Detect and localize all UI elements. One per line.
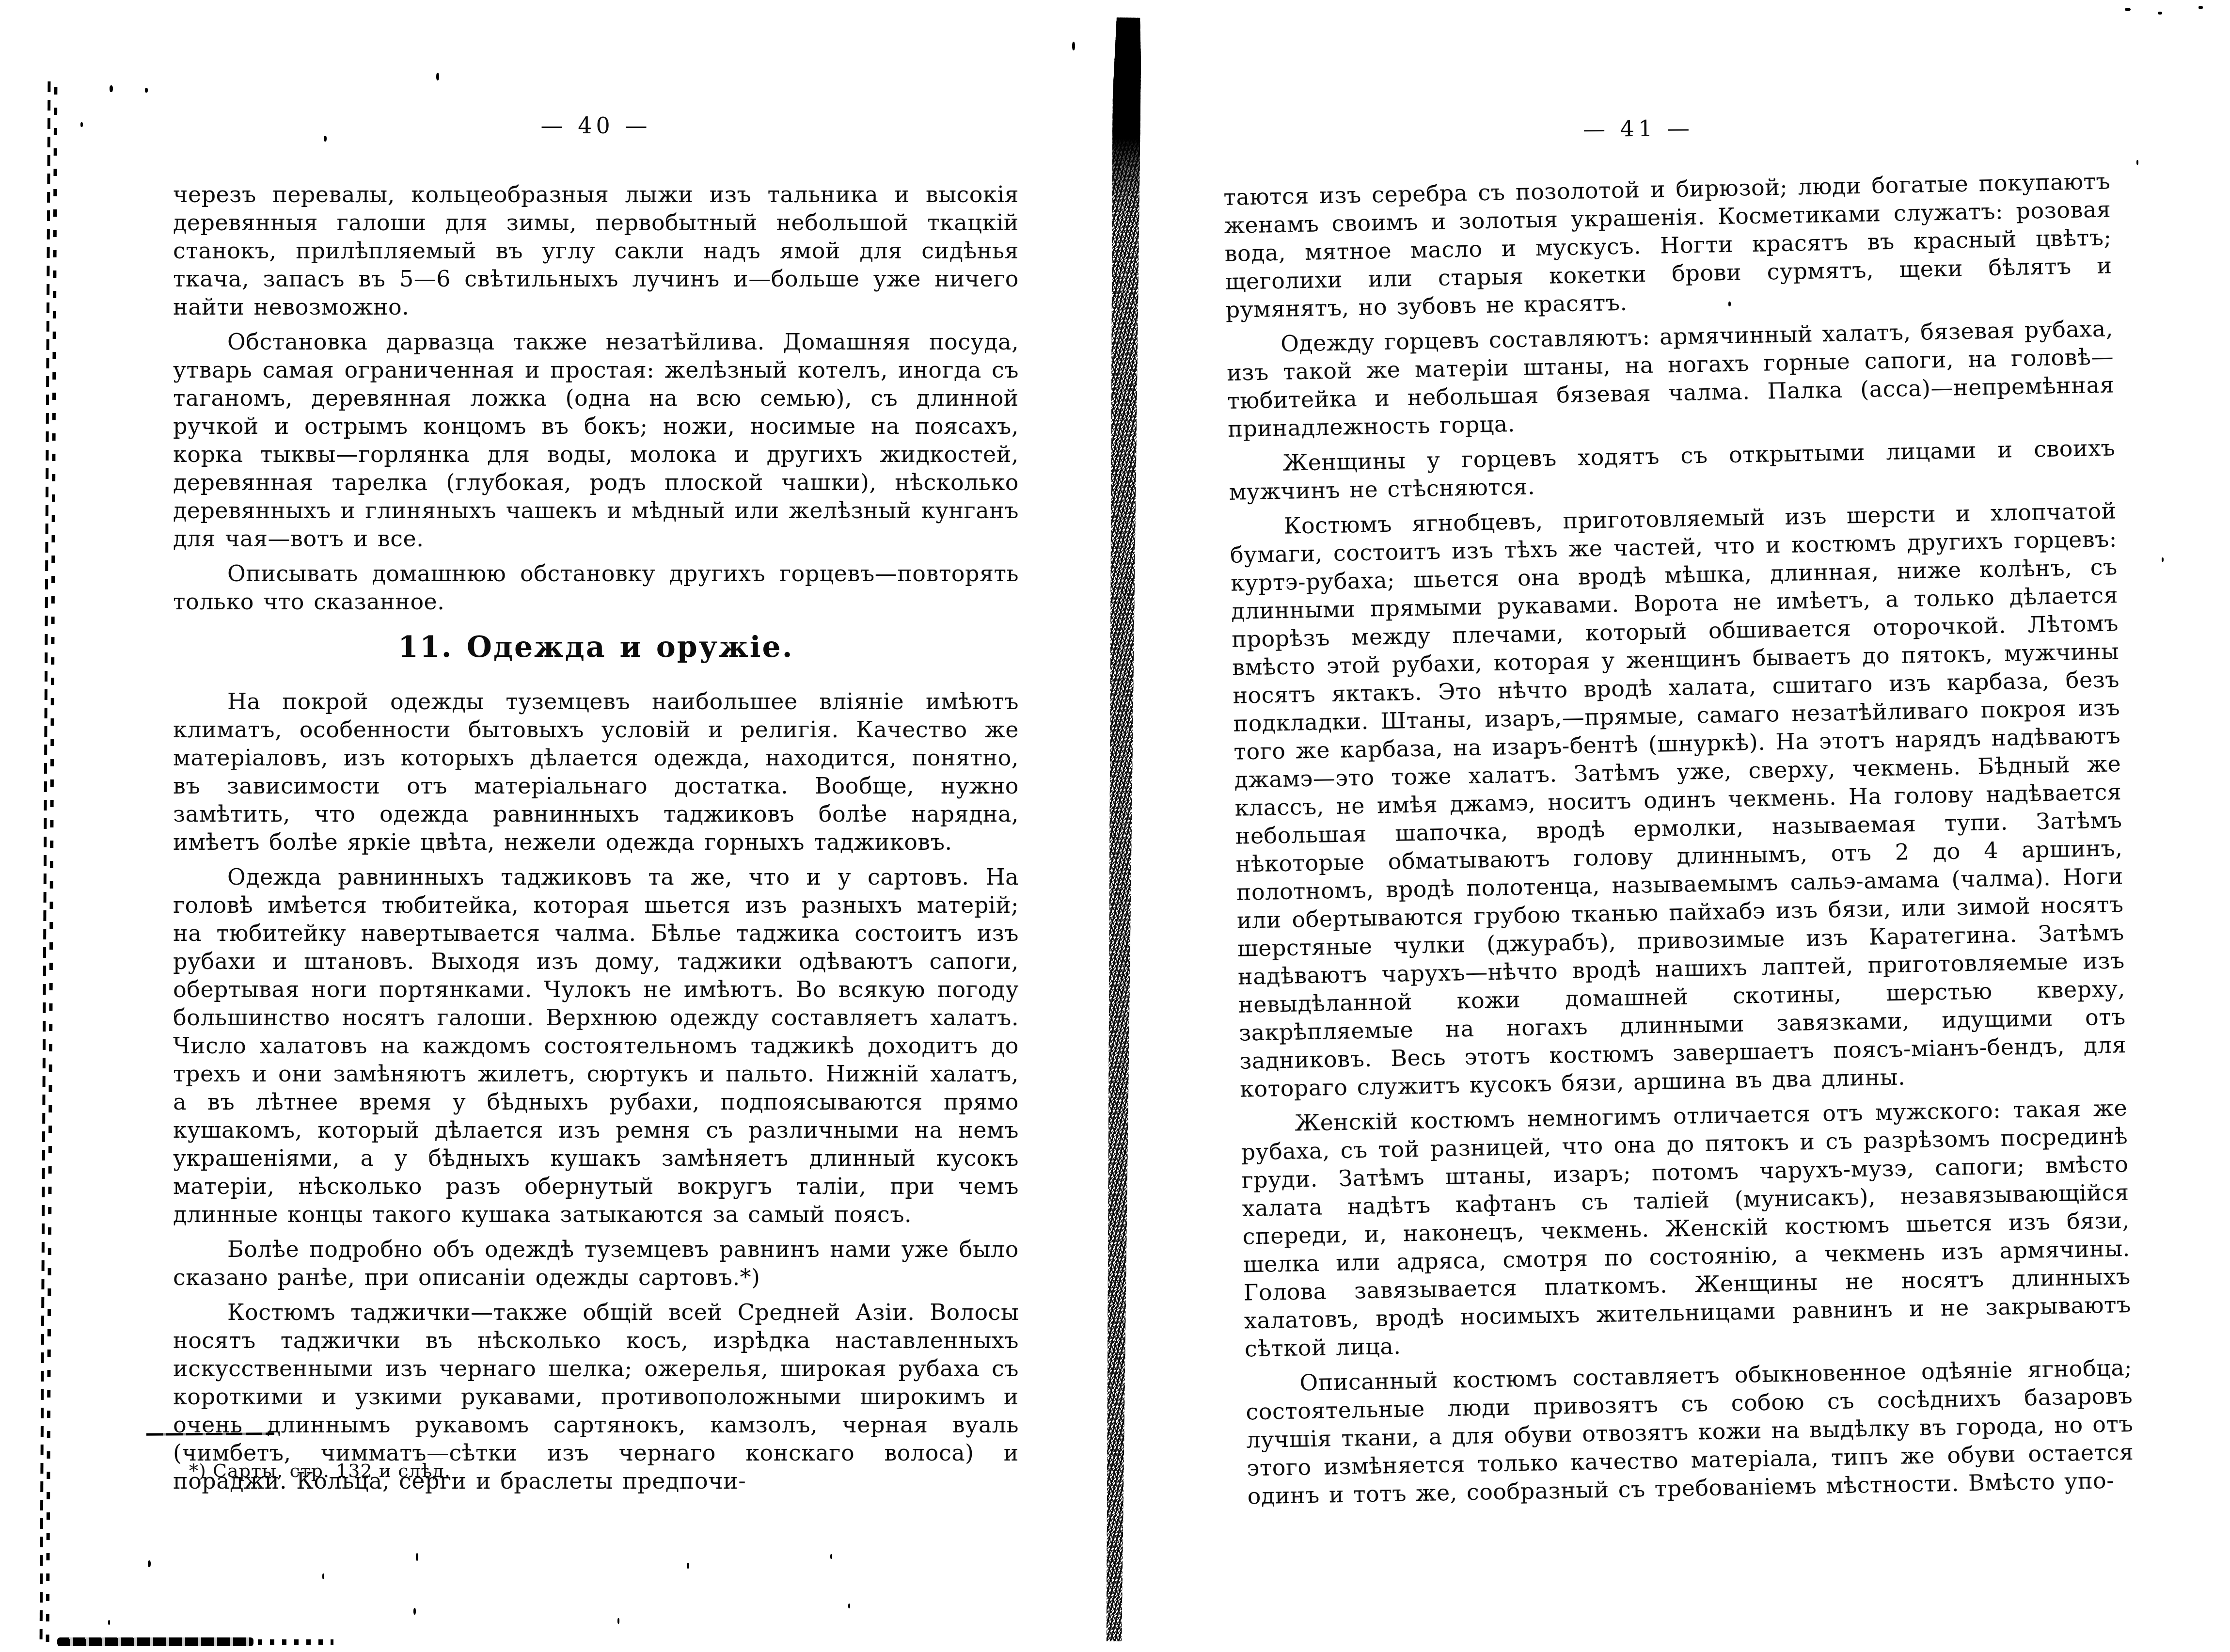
book-scan: — 40 — черезъ перевалы, кольцеобразныя л… (0, 0, 2230, 1652)
paragraph: На покрой одежды туземцевъ наибольшее вл… (173, 687, 1019, 856)
page-edge-line (39, 81, 59, 1645)
ink-speck (2125, 8, 2131, 11)
ink-speck (1798, 1486, 1801, 1491)
paragraph: Женщины у горцевъ ходятъ съ открытыми ли… (1228, 433, 2116, 506)
section-heading: 11. Одежда и оружіе. (173, 633, 1019, 661)
paragraph: таются изъ серебра съ позолотой и бирюзо… (1223, 167, 2113, 323)
ink-speck (413, 1608, 416, 1615)
paragraph: черезъ перевалы, кольцеобразныя лыжи изъ… (173, 180, 1019, 321)
paragraph: Костюмъ ягнобцевъ, приготовляемый изъ ше… (1229, 496, 2127, 1103)
page-40-paragraphs-top: черезъ перевалы, кольцеобразныя лыжи изъ… (173, 180, 1019, 616)
footnote: *) Сарты, стр. 132 и слѣд. (189, 1460, 451, 1481)
paragraph: Описанный костюмъ составляетъ обыкновенн… (1245, 1353, 2135, 1510)
page-41-text-column: таются изъ серебра съ позолотой и бирюзо… (1223, 167, 2135, 1517)
ink-speck (2136, 160, 2138, 165)
ink-speck (80, 122, 83, 127)
page-40-text-column: черезъ перевалы, кольцеобразныя лыжи изъ… (173, 180, 1019, 1502)
ink-speck (145, 88, 148, 93)
page-40-paragraphs-bottom: На покрой одежды туземцевъ наибольшее вл… (173, 687, 1019, 1495)
paragraph: Болѣе подробно объ одеждѣ туземцевъ равн… (173, 1235, 1019, 1291)
ink-smudge (57, 1637, 253, 1646)
page-number-40: — 40 — (173, 112, 1019, 139)
ink-speck (416, 1553, 418, 1561)
ink-speck (1728, 302, 1731, 306)
paragraph: Описывать домашнюю обстановку другихъ го… (173, 559, 1019, 616)
ink-speck (110, 85, 113, 92)
ink-speck (848, 1604, 850, 1608)
page-number-41: — 41 — (1231, 112, 2045, 145)
paragraph: Обстановка дарвазца также незатѣйлива. Д… (173, 328, 1019, 553)
ink-speck (687, 1563, 689, 1569)
ink-speck (2162, 557, 2164, 562)
ink-speck (148, 1560, 151, 1567)
paragraph: Одежду горцевъ составляютъ: армячинный х… (1226, 314, 2115, 443)
binding-gutter-shadow (1099, 17, 1141, 1641)
ink-speck (436, 73, 439, 80)
ink-speck (2198, 6, 2203, 9)
ink-speck (324, 136, 327, 142)
paragraph: Одежда равнинныхъ таджиковъ та же, что и… (173, 863, 1019, 1228)
ink-speck (830, 1554, 832, 1559)
ink-speck (617, 1618, 619, 1624)
ink-speck (322, 1573, 324, 1579)
ink-speck (2158, 12, 2162, 15)
paragraph: Женскій костюмъ немногимъ отличается отъ… (1240, 1094, 2132, 1363)
ink-speck (108, 1620, 110, 1625)
ink-smudge-dashes (258, 1639, 333, 1645)
ink-speck (1072, 42, 1075, 50)
